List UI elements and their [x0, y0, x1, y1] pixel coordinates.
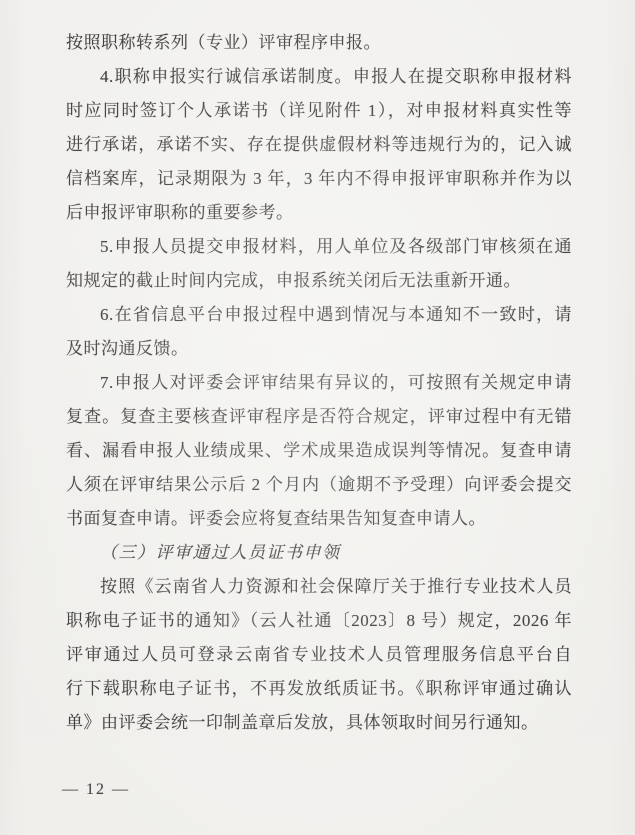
text-line: 行下载职称电子证书，不再发放纸质证书。《职称评审通过确认 — [66, 672, 572, 706]
text-line: 5.申报人员提交申报材料，用人单位及各级部门审核须在通 — [66, 230, 572, 264]
text-line: 知规定的截止时间内完成，申报系统关闭后无法重新开通。 — [66, 264, 572, 298]
text-line: 人须在评审结果公示后 2 个月内（逾期不予受理）向评委会提交 — [66, 468, 572, 502]
text-line: 书面复查申请。评委会应将复查结果告知复查申请人。 — [66, 502, 572, 536]
text-line: 信档案库，记录期限为 3 年，3 年内不得申报评审职称并作为以 — [66, 162, 572, 196]
text-line: 看、漏看申报人业绩成果、学术成果造成误判等情况。复查申请 — [66, 434, 572, 468]
text-line: 时应同时签订个人承诺书（详见附件 1），对申报材料真实性等 — [66, 94, 572, 128]
page-number: — 12 — — [62, 781, 130, 799]
text-line: 按照《云南省人力资源和社会保障厅关于推行专业技术人员 — [66, 570, 572, 604]
document-page: 按照职称转系列（专业）评审程序申报。 4.职称申报实行诚信承诺制度。申报人在提交… — [66, 26, 572, 740]
text-line: 按照职称转系列（专业）评审程序申报。 — [66, 26, 572, 60]
text-line: 复查。复查主要核查评审程序是否符合规定，评审过程中有无错 — [66, 400, 572, 434]
text-line: 职称电子证书的通知》（云人社通〔2023〕8 号）规定，2026 年 — [66, 604, 572, 638]
text-line: 进行承诺，承诺不实、存在提供虚假材料等违规行为的，记入诚 — [66, 128, 572, 162]
text-line: 及时沟通反馈。 — [66, 332, 572, 366]
text-line: 4.职称申报实行诚信承诺制度。申报人在提交职称申报材料 — [66, 60, 572, 94]
text-line: 后申报评审职称的重要参考。 — [66, 196, 572, 230]
text-line: 6.在省信息平台申报过程中遇到情况与本通知不一致时，请 — [66, 298, 572, 332]
text-line: 单》由评委会统一印制盖章后发放，具体领取时间另行通知。 — [66, 706, 572, 740]
section-heading: （三）评审通过人员证书申领 — [66, 536, 572, 570]
text-line: 评审通过人员可登录云南省专业技术人员管理服务信息平台自 — [66, 638, 572, 672]
text-line: 7.申报人对评委会评审结果有异议的，可按照有关规定申请 — [66, 366, 572, 400]
